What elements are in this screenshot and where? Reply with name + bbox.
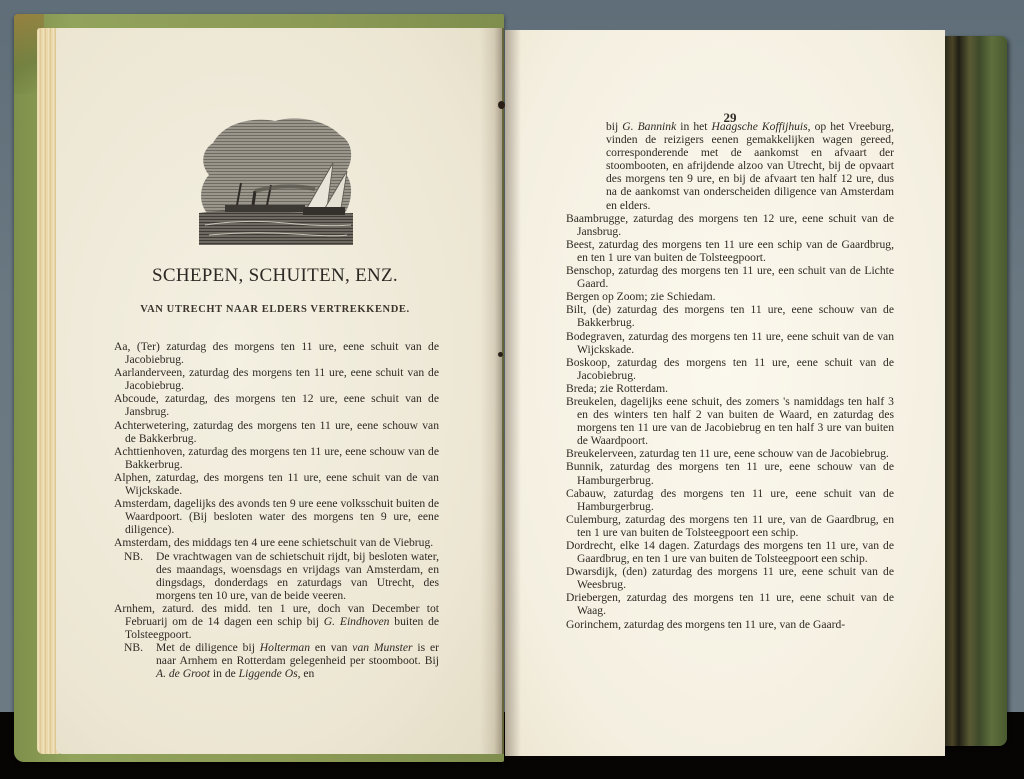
note-diligence: NB.Met de diligence bij Holterman en van… — [114, 641, 439, 680]
entry-bunnik: Bunnik, zaturdag des morgens ten 11 ure,… — [566, 460, 894, 486]
steamboat-illustration — [195, 113, 357, 248]
entry-breukelerveen: Breukelerveen, zaturdag ten 11 ure, eene… — [566, 447, 894, 460]
right-text-column: bij G. Bannink in het Haagsche Koffijhui… — [566, 120, 894, 631]
entry-abcoude: Abcoude, zaturdag, des morgens ten 12 ur… — [114, 392, 439, 418]
entry-aarlanderveen: Aarlanderveen, zaturdag des morgens ten … — [114, 366, 439, 392]
entry-bodegraven: Bodegraven, zaturdag des morgens ten 11 … — [566, 330, 894, 356]
entry-gorinchem: Gorinchem, zaturdag des morgens ten 11 u… — [566, 618, 894, 631]
entry-amsterdam-1: Amsterdam, dagelijks des avonds ten 9 ur… — [114, 497, 439, 536]
entry-arnhem: Arnhem, zaturd. des midd. ten 1 ure, doc… — [114, 602, 439, 641]
gutter-shadow-left — [480, 28, 504, 754]
binding-hole — [498, 101, 505, 109]
entry-dordrecht: Dordrecht, elke 14 dagen. Zaturdags des … — [566, 539, 894, 565]
entry-cabauw: Cabauw, zaturdag des morgens ten 11 ure,… — [566, 487, 894, 513]
entry-amsterdam-2: Amsterdam, des middags ten 4 ure eene sc… — [114, 536, 439, 549]
section-subheading: VAN UTRECHT NAAR ELDERS VERTREKKENDE. — [100, 304, 450, 315]
right-cover-edge — [945, 36, 1007, 746]
section-heading: SCHEPEN, SCHUITEN, ENZ. — [100, 265, 450, 287]
entry-baambrugge: Baambrugge, zaturdag des morgens ten 12 … — [566, 212, 894, 238]
entry-bergen-op-zoom: Bergen op Zoom; zie Schiedam. — [566, 290, 894, 303]
entry-achttienhoven: Achttienhoven, zaturdag des morgens ten … — [114, 445, 439, 471]
entry-beest: Beest, zaturdag des morgens ten 11 ure e… — [566, 238, 894, 264]
entry-aa: Aa, (Ter) zaturdag des morgens ten 11 ur… — [114, 340, 439, 366]
entry-breda: Breda; zie Rotterdam. — [566, 382, 894, 395]
binding-hole — [498, 352, 503, 357]
entry-dwarsdijk: Dwarsdijk, (den) zaturdag des morgens 11… — [566, 565, 894, 591]
entry-achterwetering: Achterwetering, zaturdag des morgens ten… — [114, 419, 439, 445]
entry-breukelen: Breukelen, dagelijks eene schuit, des zo… — [566, 395, 894, 447]
continuation-paragraph: bij G. Bannink in het Haagsche Koffijhui… — [606, 120, 894, 212]
entry-boskoop: Boskoop, zaturdag des morgens ten 11 ure… — [566, 356, 894, 382]
left-text-column: Aa, (Ter) zaturdag des morgens ten 11 ur… — [114, 340, 439, 680]
gutter-shadow-right — [505, 30, 521, 756]
entry-driebergen: Driebergen, zaturdag des morgens ten 11 … — [566, 591, 894, 617]
entry-bilt: Bilt, (de) zaturdag des morgens ten 11 u… — [566, 303, 894, 329]
note-vrachtwagen: NB.De vrachtwagen van de schietschuit ri… — [114, 550, 439, 602]
entry-culemburg: Culemburg, zaturdag des morgens ten 11 u… — [566, 513, 894, 539]
entry-benschop: Benschop, zaturdag des morgens ten 11 ur… — [566, 264, 894, 290]
entry-alphen: Alphen, zaturdag, des morgens ten 11 ure… — [114, 471, 439, 497]
